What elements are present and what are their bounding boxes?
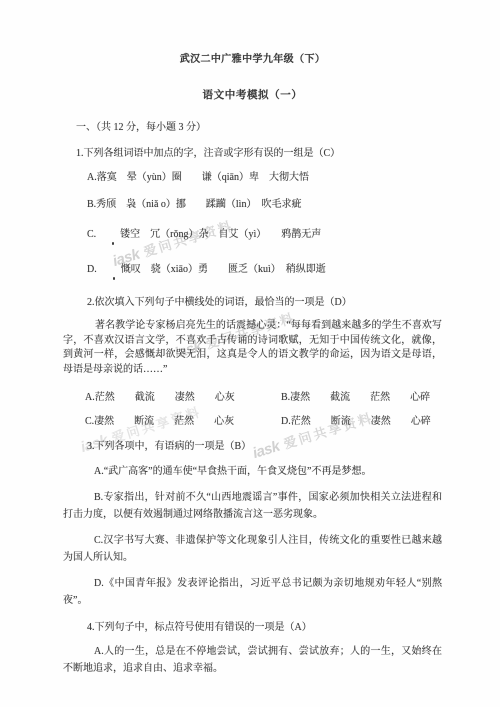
section-heading: 一、（共 12 分，每小题 3 分） [63,121,442,134]
option-text: 叹 骁（xiāo）勇 匮乏（kuì） 稍纵即逝 [131,264,326,275]
question-2-stem: 2.依次填入下列句子中横线处的词语，最恰当的一项是（D） [63,296,442,309]
q4-option-a: A.人的一生，总是在不停地尝试，尝试拥有、尝试放弃；人的一生，又始终在不断地追求… [63,643,442,677]
dotted-char: 镂 [96,228,130,241]
option-text: 空 冗（rǒng）杂 自艾（yì） 鸦鹊无声 [130,229,321,240]
q3-option-c: C.汉字书写大赛、非遗保护等文化现象引人注目，传统文化的重要性已越来越为国人所认… [63,532,442,566]
q2-option-a: A.茫然 截流 凄然 心灰 [85,391,281,404]
option-text: 落寞 晕（yùn）圈 谦（qiān）卑 大彻大悟 [97,172,309,183]
school-title: 武汉二中广雅中学九年级（下） [63,53,442,66]
q2-option-c: C.凄然 断流 茫然 心灰 [85,415,281,428]
option-label: A. [87,172,97,183]
q1-option-d: D.慨叹 骁（xiāo）勇 匮乏（kuì） 稍纵即逝 [63,263,442,276]
q3-option-b: B.专家指出，针对前不久“山西地震谣言”事件，国家必须加快相关立法进程和打击力度… [63,489,442,523]
q2-option-d: D.茫然 断流 凄然 心碎 [281,415,442,428]
q2-options-row-2: C.凄然 断流 茫然 心灰 D.茫然 断流 凄然 心碎 [63,415,442,428]
q3-option-d: D.《中国青年报》发表评论指出，习近平总书记颇为亲切地规劝年轻人“别熬夜”。 [63,575,442,609]
option-text: 秀颀 袅（niǎ o）挪 蹂躏（lìn） 吹毛求疵 [96,199,301,210]
exam-title: 语文中考模拟（一） [63,89,442,102]
document-content: 武汉二中广雅中学九年级（下） 语文中考模拟（一） 一、（共 12 分，每小题 3… [0,0,500,677]
q3-option-a: A.“武广高客”的通车使“早食热干面，午食叉烧包”不再是梦想。 [63,463,442,480]
q2-passage: 著名教学论专家杨启亮先生的话震撼心灵：“每每看到越来越多的学生不喜欢写字，不喜欢… [63,319,442,377]
question-4-stem: 4.下列句子中，标点符号使用有错误的一项是（A） [63,621,442,634]
q2-options-row-1: A.茫然 截流 凄然 心灰 B.凄然 截流 茫然 心碎 [63,391,442,404]
question-3-stem: 3.下列各项中，有语病的一项是（B） [63,440,442,453]
option-label: C. [87,229,96,240]
question-1-stem: 1.下列各组词语中加点的字，注音或字形有误的一组是（C） [63,147,442,160]
q2-option-b: B.凄然 截流 茫然 心碎 [281,391,442,404]
option-label: D. [87,264,97,275]
option-label: B. [87,199,96,210]
dotted-char: 慨 [97,263,131,276]
q1-option-a: A.落寞 晕（yùn）圈 谦（qiān）卑 大彻大悟 [63,171,442,184]
exam-paper-page: iask爱问共享资料 iask爱问共享资料 iask爱问共享资料 iask爱问共… [0,0,500,707]
q1-option-c: C.镂空 冗（rǒng）杂 自艾（yì） 鸦鹊无声 [63,228,442,241]
q1-option-b: B.秀颀 袅（niǎ o）挪 蹂躏（lìn） 吹毛求疵 [63,198,442,211]
